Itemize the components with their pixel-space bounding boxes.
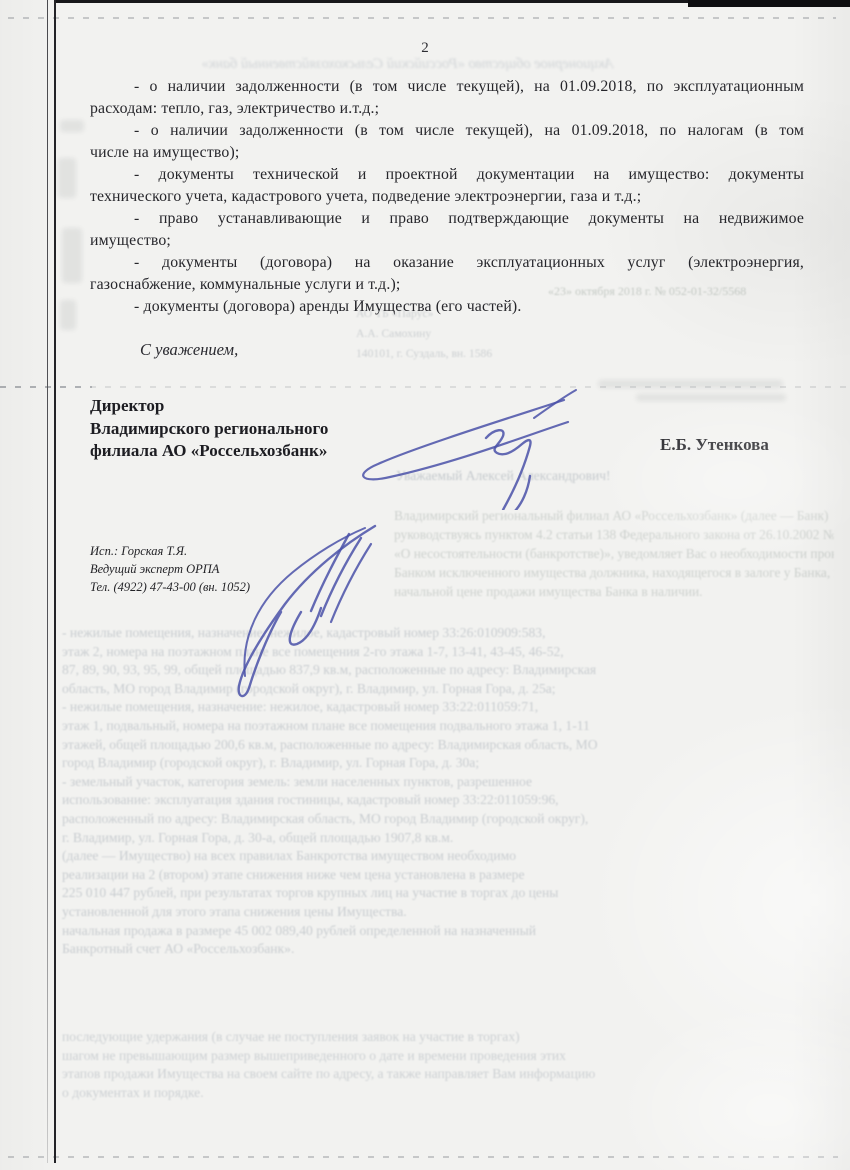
- text-line: - нежилые помещения, назначение: нежилое…: [62, 624, 834, 643]
- paragraph-line: газоснабжение, коммунальные услуги и т.д…: [90, 274, 804, 296]
- scan-top-edge-thick: [688, 0, 850, 7]
- text-line: город Владимир (городской округ), г. Вла…: [62, 754, 834, 773]
- bleedthrough-bottom-block: последующие удержания (в случае не посту…: [62, 1028, 834, 1102]
- paragraph-line: - документы технической и проектной доку…: [90, 164, 804, 186]
- text-line: - земельный участок, категория земель: з…: [62, 773, 834, 792]
- paragraph: - о наличии задолженности (в том числе т…: [90, 76, 804, 120]
- letter-body: - о наличии задолженности (в том числе т…: [90, 76, 804, 318]
- text-line: А.А. Самохину: [356, 324, 492, 344]
- scan-dashed-line-bottom: [8, 1156, 838, 1158]
- text-line: этапов продажи Имущества на своем сайте …: [62, 1065, 834, 1084]
- paragraph-line: технического учета, кадастрового учета, …: [90, 186, 804, 208]
- text-line: о документах и порядке.: [62, 1084, 834, 1103]
- signature-executor: [215, 516, 410, 711]
- paragraph-line: - о наличии задолженности (в том числе т…: [90, 76, 804, 98]
- signature-director: [338, 378, 588, 510]
- bleedthrough-smudge: [58, 158, 76, 198]
- bleedthrough-body-block: - нежилые помещения, назначение: нежилое…: [62, 624, 834, 959]
- bleedthrough-smudge: [636, 394, 786, 401]
- scan-dashed-line-top: [8, 17, 836, 19]
- bleedthrough-smudge: [60, 120, 84, 132]
- signer-title: ДиректорВладимирского региональногофилиа…: [90, 395, 328, 463]
- text-line: этажей, общей площадью 200,6 кв.м, распо…: [62, 736, 834, 755]
- text-line: «О несостоятельности (банкротстве)», уве…: [394, 544, 834, 563]
- paragraph-line: - документы (договора) аренды Имущества …: [90, 296, 804, 318]
- text-line: установленной для этого этапа снижения ц…: [62, 903, 834, 922]
- paragraph-line: - право устанавливающие и право подтверж…: [90, 208, 804, 230]
- bleedthrough-letterhead-line: Акционерное общество «Российский Сельско…: [95, 56, 720, 73]
- paragraph: - о наличии задолженности (в том числе т…: [90, 120, 804, 164]
- scan-left-margin-line-thin: [47, 0, 48, 1163]
- text-line: - нежилые помещения, назначение: нежилое…: [62, 698, 834, 717]
- scanned-letter-page: Акционерное общество «Российский Сельско…: [0, 0, 850, 1170]
- text-line: расположенный по адресу: Владимирская об…: [62, 810, 834, 829]
- text-line: этаж 2, номера на поэтажном плане все по…: [62, 643, 834, 662]
- paragraph: - документы (договора) аренды Имущества …: [90, 296, 804, 318]
- page-number: 2: [0, 40, 850, 57]
- text-line: руководствуясь пунктом 4.2 статьи 138 Фе…: [394, 525, 834, 544]
- text-line: начальной цене продажи имущества Банка в…: [394, 582, 834, 601]
- text-line: последующие удержания (в случае не посту…: [62, 1028, 834, 1047]
- text-line: Директор: [90, 395, 328, 418]
- text-line: Владимирского регионального: [90, 418, 328, 441]
- scan-dashed-line-middle-left: [0, 386, 92, 388]
- text-line: Банком исключенного имущества должника, …: [394, 563, 834, 582]
- signer-name: Е.Б. Утенкова: [660, 435, 769, 455]
- closing-phrase: С уважением,: [140, 340, 238, 360]
- text-line: этаж 1, подвальный, номера на поэтажном …: [62, 717, 834, 736]
- paragraph: - право устанавливающие и право подтверж…: [90, 208, 804, 252]
- bleedthrough-smudge: [60, 300, 76, 330]
- text-line: шагом не превышающим размер вышеприведен…: [62, 1047, 834, 1066]
- paragraph-line: - документы (договора) на оказание экспл…: [90, 252, 804, 274]
- paragraph: - документы технической и проектной доку…: [90, 164, 804, 208]
- bleedthrough-smudge: [62, 228, 82, 283]
- text-line: 140101, г. Суздаль, вн. 1586: [356, 344, 492, 364]
- scan-left-margin-line-thick: [54, 0, 56, 1163]
- text-line: реализации на 2 (втором) этапе снижения …: [62, 866, 834, 885]
- bleedthrough-intro-block: Владимирский региональный филиал АО «Рос…: [394, 506, 834, 601]
- paragraph: - документы (договора) на оказание экспл…: [90, 252, 804, 296]
- text-line: начальная продажа в размере 45 002 089,4…: [62, 922, 834, 941]
- paragraph-line: - о наличии задолженности (в том числе т…: [90, 120, 804, 142]
- paragraph-line: расходам: тепло, газ, электричество и.т.…: [90, 98, 804, 120]
- text-line: использование: эксплуатация здания гости…: [62, 791, 834, 810]
- paragraph-line: числе на имущество);: [90, 142, 804, 164]
- text-line: филиала АО «Россельхозбанк»: [90, 440, 328, 463]
- text-line: 87, 89, 90, 93, 95, 99, общей площадью 8…: [62, 661, 834, 680]
- text-line: 225 010 447 рублей, при результатах торг…: [62, 884, 834, 903]
- text-line: Банкротный счет АО «Россельхозбанк».: [62, 940, 834, 959]
- text-line: (далее — Имущество) на всех правилах Бан…: [62, 847, 834, 866]
- paragraph-line: имущество;: [90, 230, 804, 252]
- text-line: область, МО город Владимир (городской ок…: [62, 680, 834, 699]
- text-line: г. Владимир, ул. Горная Гора, д. 30-а, о…: [62, 829, 834, 848]
